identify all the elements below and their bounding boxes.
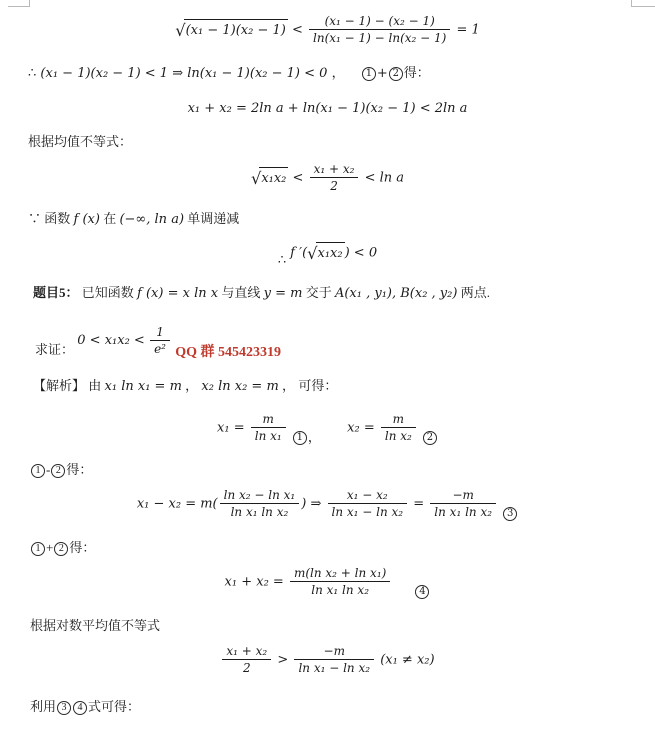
equation-2: x₂ ln x₂ = m (201, 379, 278, 394)
radicand: (x₁ − 1)(x₂ − 1) (184, 19, 288, 41)
because-symbol: ∵ (28, 211, 41, 226)
plus-operator: + (377, 66, 388, 81)
fraction-denominator: ln(x₁ − 1) − ln(x₂ − 1) (309, 30, 450, 45)
fraction-numerator: m(ln x₂ + ln x₁) (290, 566, 390, 582)
fraction-denominator: ln x₁ − ln x₂ (328, 504, 408, 519)
function-notation: f (x) (74, 212, 100, 227)
lhs: x₂ = (347, 420, 375, 435)
fraction-denominator: e² (150, 341, 170, 356)
text: 根据对数平均值不等式 (30, 618, 160, 633)
line-log-mean-intro: 根据对数平均值不等式 (30, 616, 627, 636)
therefore-symbol: ∴ (28, 66, 36, 81)
circled-2-icon: 2 (51, 464, 65, 478)
fraction-numerator: x₁ + x₂ (222, 644, 271, 660)
comma: ， (332, 66, 345, 81)
analysis-line: 【解析】 由 x₁ ln x₁ = m ， x₂ ln x₂ = m ， 可得： (33, 376, 627, 397)
condition: (x₁ ≠ x₂) (380, 652, 434, 667)
margin-crop-mark-right (631, 0, 655, 7)
tail: < ln a (365, 170, 404, 185)
line-subtract-equations: 1-2得： (30, 460, 627, 480)
relation: < (293, 170, 304, 185)
formula-x1-x2-definitions: x₁ = mln x₁ 1， x₂ = mln x₂ 2 (28, 412, 627, 448)
fraction: x₁ + x₂2 (222, 644, 271, 676)
line-therefore-ln-negative: ∴ (x₁ − 1)(x₂ − 1) < 1 ⇒ ln(x₁ − 1)(x₂ −… (28, 64, 627, 84)
circled-2-icon: 2 (389, 67, 403, 81)
text: 交于 (306, 285, 332, 300)
fraction: m(ln x₂ + ln x₁)ln x₁ ln x₂ (290, 566, 390, 598)
text: 在 (103, 211, 116, 226)
qq-group-watermark: QQ 群 545423319 (175, 345, 281, 360)
text: 可得： (298, 378, 337, 393)
fraction-denominator: ln x₁ ln x₂ (220, 504, 300, 519)
prove-label: 求证： (35, 342, 74, 357)
equals: = (413, 496, 424, 511)
line-add-equations: 1+2得： (30, 538, 627, 558)
equation-1: x₁ ln x₁ = m (105, 379, 182, 394)
fraction: mln x₂ (381, 412, 416, 444)
text: 与直线 (221, 285, 260, 300)
lhs: x₁ − x₂ = m( (137, 496, 218, 511)
fraction: −mln x₁ ln x₂ (430, 488, 496, 520)
line-use-equations-3-4: 利用34式可得： (30, 697, 627, 717)
circled-2-icon: 2 (54, 542, 68, 556)
sqrt: √(x₁ − 1)(x₂ − 1) (175, 19, 288, 41)
equals-one: = 1 (456, 22, 479, 37)
minus-operator: - (46, 462, 50, 477)
line-equation: y = m (264, 286, 303, 301)
circled-1-icon: 1 (31, 464, 45, 478)
expression: x₁ + x₂ = 2ln a + ln(x₁ − 1)(x₂ − 1) < 2… (188, 101, 468, 116)
fraction: ln x₂ − ln x₁ln x₁ ln x₂ (220, 488, 300, 520)
fraction-numerator: x₁ + x₂ (310, 162, 359, 178)
suffix-text: 得： (404, 66, 430, 81)
document-page: √(x₁ − 1)(x₂ − 1) < (x₁ − 1) − (x₂ − 1)l… (0, 0, 655, 742)
circled-4-icon: 4 (73, 701, 87, 715)
text: 已知函数 (82, 285, 134, 300)
fraction-numerator: −m (430, 488, 496, 504)
sqrt: √x₁x₂ (251, 167, 288, 189)
inequality-prefix: 0 < x₁x₂ < (77, 333, 145, 348)
formula-amgm-inequality: √x₁x₂ < x₁ + x₂2 < ln a (28, 162, 627, 194)
text: 由 (88, 378, 101, 393)
close-paren: ) (301, 496, 306, 511)
circled-1-icon: 1 (293, 431, 307, 445)
implies-arrow: ⇒ (310, 496, 321, 511)
suffix-text: 得： (69, 540, 95, 555)
text: 单调递减 (187, 211, 239, 226)
fraction-numerator: 1 (150, 325, 170, 341)
intersection-points: A(x₁ , y₁), B(x₂ , y₂) (335, 286, 457, 301)
fraction-denominator: ln x₁ ln x₂ (430, 504, 496, 519)
problem-label: 题目5： (33, 285, 79, 300)
fraction-numerator: m (251, 412, 286, 428)
fraction: −mln x₁ − ln x₂ (294, 644, 374, 676)
relation: < (292, 22, 303, 37)
formula-sqrt-product-bound: √(x₁ − 1)(x₂ − 1) < (x₁ − 1) − (x₂ − 1)l… (28, 14, 627, 46)
radicand: x₁x₂ (259, 167, 288, 189)
circled-1-icon: 1 (362, 67, 376, 81)
function-definition: f (x) = x ln x (137, 286, 218, 301)
suffix-text: 得： (66, 462, 92, 477)
text: 两点. (461, 285, 490, 300)
fraction-numerator: ln x₂ − ln x₁ (220, 488, 300, 504)
fraction-denominator: ln x₁ − ln x₂ (294, 660, 374, 675)
circled-4-icon: 4 (415, 585, 429, 599)
fraction-numerator: −m (294, 644, 374, 660)
problem-5-statement: 题目5： 已知函数 f (x) = x ln x 与直线 y = m 交于 A(… (33, 283, 627, 304)
fraction: 1e² (150, 325, 170, 357)
formula-log-mean-inequality: x₁ + x₂2 > −mln x₁ − ln x₂ (x₁ ≠ x₂) (28, 644, 627, 676)
lhs: x₁ = (217, 420, 245, 435)
circled-3-icon: 3 (57, 701, 71, 715)
margin-crop-mark-left (8, 0, 30, 7)
comma: ， (282, 378, 295, 393)
analysis-label: 【解析】 (33, 378, 85, 393)
sqrt: √x₁x₂ (307, 242, 344, 264)
radical-icon: √ (251, 169, 259, 188)
circled-3-icon: 3 (503, 507, 517, 521)
fraction-numerator: x₁ − x₂ (328, 488, 408, 504)
plus-operator: + (46, 540, 53, 555)
line-monotonic-decreasing: ∵ 函数 f (x) 在 (−∞, ln a) 单调递减 (28, 209, 627, 230)
interval: (−∞, ln a) (119, 212, 184, 227)
formula-sum-equation-4: x₁ + x₂ = m(ln x₂ + ln x₁)ln x₁ ln x₂ 4 (28, 566, 627, 599)
fraction-numerator: m (381, 412, 416, 428)
comma: ， (308, 430, 321, 445)
fraction: x₁ + x₂2 (310, 162, 359, 194)
line-amgm-intro: 根据均值不等式： (28, 132, 627, 152)
fraction: x₁ − x₂ln x₁ − ln x₂ (328, 488, 408, 520)
lhs: x₁ + x₂ = (225, 574, 284, 589)
line-to-prove: 求证： 0 < x₁x₂ < 1e² QQ 群 545423319 (35, 325, 627, 363)
formula-sum-2lna: x₁ + x₂ = 2ln a + ln(x₁ − 1)(x₂ − 1) < 2… (28, 99, 627, 119)
fraction: (x₁ − 1) − (x₂ − 1)ln(x₁ − 1) − ln(x₂ − … (309, 14, 450, 46)
therefore-symbol: ∴ (278, 251, 286, 271)
circled-2-icon: 2 (423, 431, 437, 445)
suffix-text: 式可得： (88, 699, 140, 714)
radical-icon: √ (307, 244, 315, 263)
circled-1-icon: 1 (31, 542, 45, 556)
fraction: mln x₁ (251, 412, 286, 444)
suffix: ) < 0 (345, 246, 378, 261)
comma: ， (185, 378, 198, 393)
prefix: f ′( (290, 246, 307, 261)
text: 利用 (30, 699, 56, 714)
formula-difference-equation-3: x₁ − x₂ = m(ln x₂ − ln x₁ln x₁ ln x₂) ⇒ … (28, 488, 627, 521)
formula-derivative-negative: ∴f ′(√x₁x₂) < 0 (28, 242, 627, 271)
radical-icon: √ (175, 21, 183, 40)
fraction-denominator: 2 (310, 178, 359, 193)
expression: (x₁ − 1)(x₂ − 1) < 1 ⇒ ln(x₁ − 1)(x₂ − 1… (40, 66, 327, 81)
fraction-denominator: ln x₁ ln x₂ (290, 582, 390, 597)
text: 函数 (44, 211, 70, 226)
radicand: x₁x₂ (316, 242, 345, 264)
fraction-denominator: ln x₁ (251, 428, 286, 443)
relation: > (277, 652, 288, 667)
fraction-numerator: (x₁ − 1) − (x₂ − 1) (309, 14, 450, 30)
fraction-denominator: ln x₂ (381, 428, 416, 443)
text: 根据均值不等式： (28, 134, 132, 149)
fraction-denominator: 2 (222, 660, 271, 675)
